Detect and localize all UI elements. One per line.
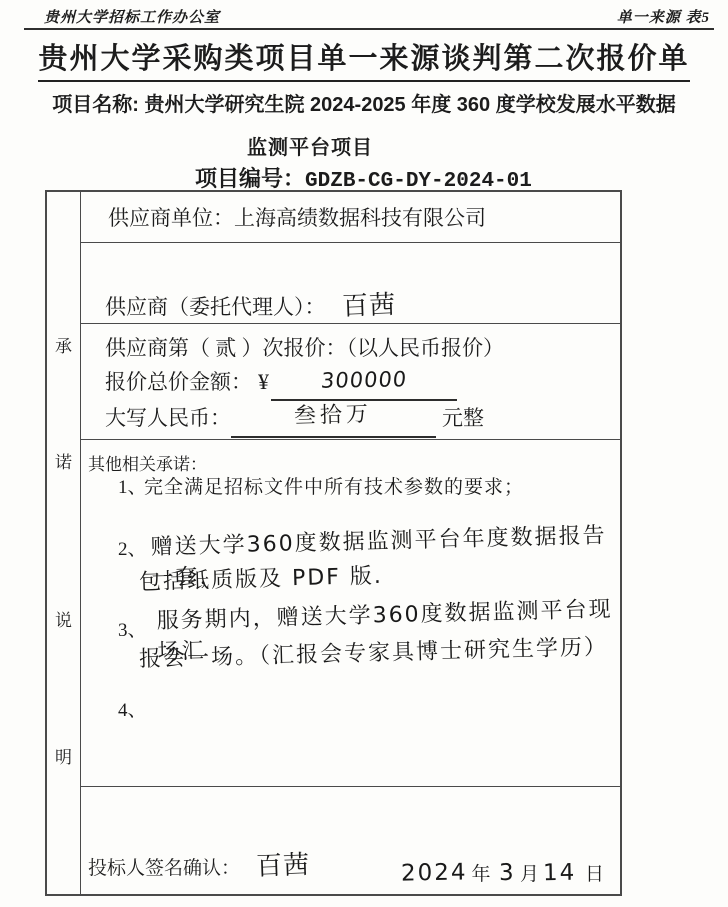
capital-label: 大写人民币： [105,406,231,430]
side-label-char: 说 [47,606,80,631]
side-label-char: 明 [47,743,80,768]
amount-handwritten: 300000 [319,362,408,398]
date-year-handwritten: 2024 [401,859,468,886]
amount-label: 报价总价金额： [105,370,252,394]
item4-number: 4、 [118,695,147,722]
side-label-char: 诺 [47,448,80,473]
row-other-commitments: 其他相关承诺： 1、 完全满足招标文件中所有技术参数的要求； 2、 赠送大学36… [81,440,620,787]
project-name-line1: 项目名称: 贵州大学研究生院 2024-2025 年度 360 度学校发展水平数… [0,88,728,117]
capital-suffix: 元整 [442,406,484,430]
row-quotation: 供应商第（ 贰 ）次报价：（以人民币报价） 报价总价金额：¥300000 大写人… [81,324,620,440]
date-day-handwritten: 14 [543,860,577,887]
item3-number: 3、 [118,615,147,642]
amount-blank-line: 300000 [271,365,457,401]
item2-number: 2、 [118,534,147,561]
header-office-name: 贵州大学招标工作办公室 [44,6,220,27]
supplier-unit-text: 供应商单位：上海高绩数据科技有限公司 [108,202,486,232]
project-number-label: 项目编号： [195,166,305,191]
side-label-column: 承 诺 说 明 [47,192,81,894]
project-number: 项目编号：GDZB-CG-DY-2024-01 [195,162,532,193]
quotation-amount-line: 报价总价金额：¥300000 [105,365,620,401]
header-form-label: 单一来源 表5 [617,6,710,27]
agent-signature-handwritten: 百茜 [341,284,396,323]
project-name-line2: 监测平台项目 [247,131,373,160]
currency-symbol: ¥ [258,369,269,394]
bidder-signature-handwritten: 百茜 [255,844,310,883]
row-signature: 投标人签名确认：百茜 2024年 3月14 日 [81,787,620,894]
header-divider [24,28,714,30]
date-year-unit: 年 [472,864,491,885]
row-agent: 供应商（委托代理人）：百茜 [81,243,620,324]
item2-handwritten-line2: 包括纸质版及 PDF 版. [139,559,384,596]
quotation-table: 承 诺 说 明 供应商单位：上海高绩数据科技有限公司 供应商（委托代理人）：百茜… [45,190,622,896]
capital-handwritten: 叁拾万 [294,398,373,434]
table-main-column: 供应商单位：上海高绩数据科技有限公司 供应商（委托代理人）：百茜 供应商第（ 贰… [81,192,620,894]
document-title-text: 贵州大学采购类项目单一来源谈判第二次报价单 [38,36,689,82]
date-day-unit: 日 [585,864,604,885]
side-label-char: 承 [47,332,80,357]
date-month-unit: 月 [520,864,539,885]
signature-label: 投标人签名确认： [88,858,240,879]
item1-text: 完全满足招标文件中所有技术参数的要求； [144,472,524,499]
quotation-heading: 供应商第（ 贰 ）次报价：（以人民币报价） [105,331,620,365]
date-gap [576,864,581,885]
item1-number: 1、 [118,472,147,499]
agent-label: 供应商（委托代理人）： [105,295,326,319]
date-month-handwritten: 3 [499,860,516,886]
signature-line: 投标人签名确认：百茜 [88,845,310,882]
document-title: 贵州大学采购类项目单一来源谈判第二次报价单 [0,36,728,82]
row-supplier-unit: 供应商单位：上海高绩数据科技有限公司 [81,192,620,243]
bid-quotation-form-scan: 贵州大学招标工作办公室 单一来源 表5 贵州大学采购类项目单一来源谈判第二次报价… [0,0,728,907]
capital-blank-line: 叁拾万 [231,401,436,438]
quotation-capital-line: 大写人民币：叁拾万元整 [105,401,620,438]
date-line: 2024年 3月14 日 [401,859,608,886]
